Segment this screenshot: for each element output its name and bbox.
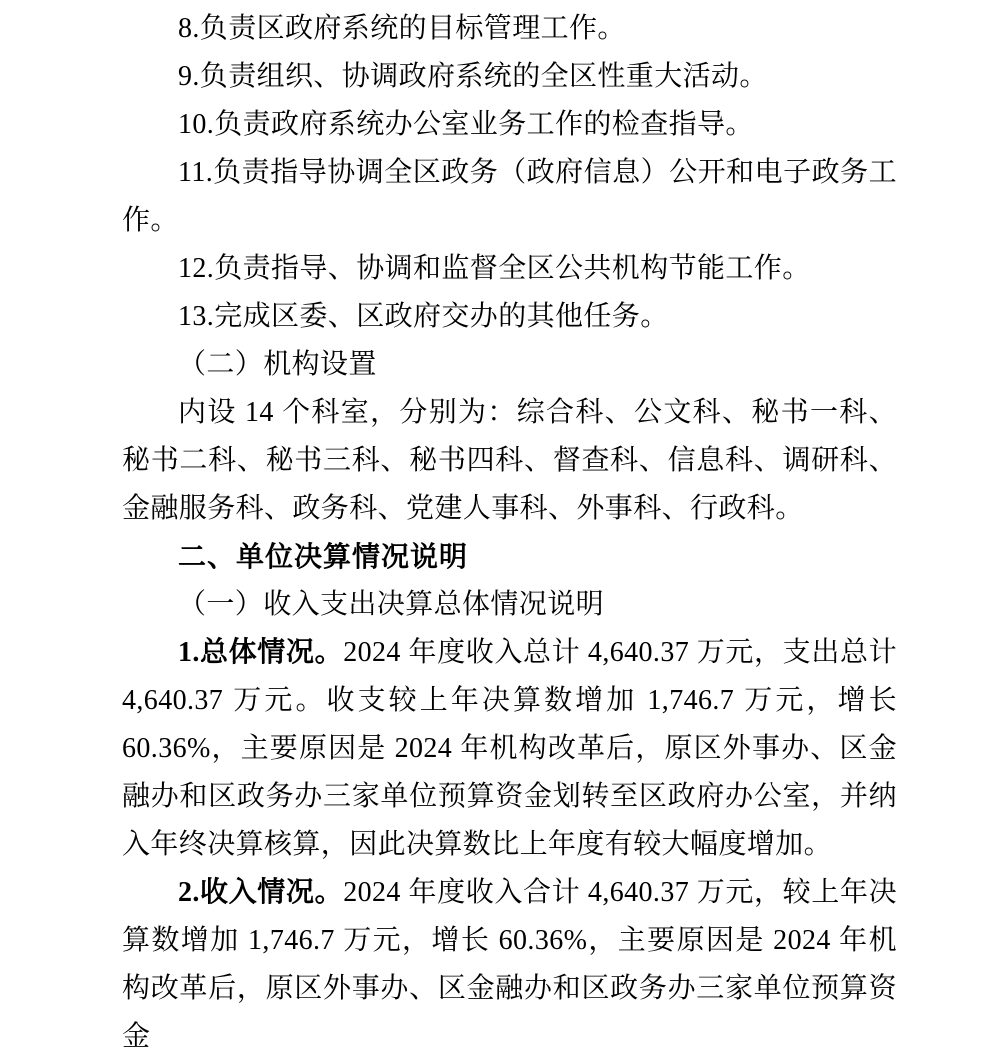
subheading-income-expense-overview: （一）收入支出决算总体情况说明: [122, 581, 897, 629]
document-page: 8.负责区政府系统的目标管理工作。 9.负责组织、协调政府系统的全区性重大活动。…: [0, 0, 1000, 1056]
duty-item-13: 13.完成区委、区政府交办的其他任务。: [122, 293, 897, 341]
duty-item-9: 9.负责组织、协调政府系统的全区性重大活动。: [122, 53, 897, 101]
duty-item-13-text: 13.完成区委、区政府交办的其他任务。: [178, 301, 669, 332]
duty-item-11: 11.负责指导协调全区政务（政府信息）公开和电子政务工作。: [122, 149, 897, 245]
para-income-situation-label: 2.收入情况。: [178, 877, 343, 908]
org-structure-text: 内设 14 个科室，分别为：综合科、公文科、秘书一科、秘书二科、秘书三科、秘书四…: [122, 397, 897, 524]
para-overall-situation: 1.总体情况。2024 年度收入总计 4,640.37 万元，支出总计 4,64…: [122, 629, 897, 869]
duty-item-12-text: 12.负责指导、协调和监督全区公共机构节能工作。: [178, 253, 811, 284]
duty-item-8-text: 8.负责区政府系统的目标管理工作。: [178, 13, 626, 44]
heading-final-accounts: 二、单位决算情况说明: [122, 533, 897, 581]
duty-item-11-text: 11.负责指导协调全区政务（政府信息）公开和电子政务工作。: [122, 157, 897, 236]
para-overall-situation-label: 1.总体情况。: [178, 637, 343, 668]
duty-item-10: 10.负责政府系统办公室业务工作的检查指导。: [122, 101, 897, 149]
duty-item-8: 8.负责区政府系统的目标管理工作。: [122, 5, 897, 53]
heading-final-accounts-text: 二、单位决算情况说明: [178, 541, 468, 572]
org-structure-paragraph: 内设 14 个科室，分别为：综合科、公文科、秘书一科、秘书二科、秘书三科、秘书四…: [122, 389, 897, 533]
para-overall-situation-text: 2024 年度收入总计 4,640.37 万元，支出总计 4,640.37 万元…: [122, 637, 897, 860]
subheading-org-setup: （二）机构设置: [122, 341, 897, 389]
para-income-situation: 2.收入情况。2024 年度收入合计 4,640.37 万元，较上年决算数增加 …: [122, 869, 897, 1056]
duty-item-9-text: 9.负责组织、协调政府系统的全区性重大活动。: [178, 61, 768, 92]
subheading-income-expense-overview-text: （一）收入支出决算总体情况说明: [178, 589, 604, 620]
duty-item-12: 12.负责指导、协调和监督全区公共机构节能工作。: [122, 245, 897, 293]
subheading-org-setup-text: （二）机构设置: [178, 349, 377, 380]
duty-item-10-text: 10.负责政府系统办公室业务工作的检查指导。: [178, 109, 754, 140]
